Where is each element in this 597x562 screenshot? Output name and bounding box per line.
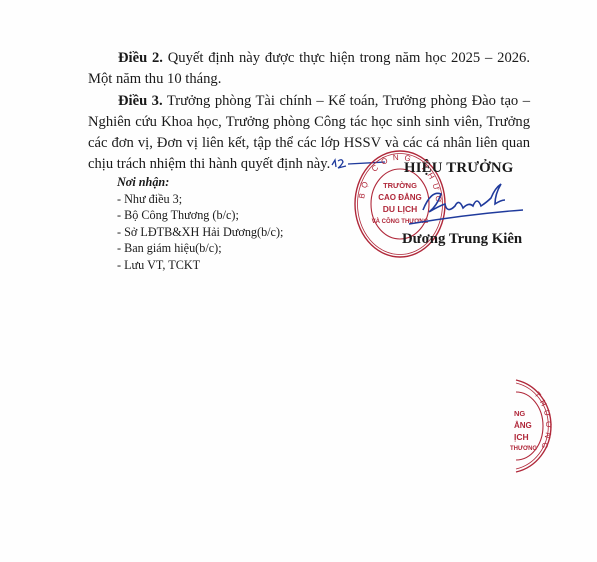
handwritten-signature-icon bbox=[405, 180, 525, 230]
recipients-title: Nơi nhận: bbox=[117, 174, 283, 191]
recipient-item: - Lưu VT, TCKT bbox=[117, 257, 283, 274]
partial-stamp-icon: THƯƠNG NG ẲNG ỊCH THƯƠNG bbox=[508, 376, 597, 476]
recipient-item: - Như điều 3; bbox=[117, 191, 283, 208]
recipient-item: - Ban giám hiệu(b/c); bbox=[117, 240, 283, 257]
signer-name: Dương Trung Kiên bbox=[402, 231, 522, 248]
article-2: Điều 2. Quyết định này được thực hiện tr… bbox=[88, 48, 530, 90]
svg-text:ỊCH: ỊCH bbox=[514, 432, 529, 442]
recipient-item: - Sở LĐTB&XH Hải Dương(b/c); bbox=[117, 224, 283, 241]
svg-text:ẲNG: ẲNG bbox=[514, 421, 532, 430]
svg-text:THƯƠNG: THƯƠNG bbox=[510, 446, 537, 452]
recipients-list: Nơi nhận: - Như điều 3; - Bộ Công Thương… bbox=[117, 174, 283, 274]
signer-title: HIỆU TRƯỞNG bbox=[404, 160, 514, 177]
recipient-item: - Bộ Công Thương (b/c); bbox=[117, 207, 283, 224]
article-3-label: Điều 3. bbox=[118, 93, 163, 109]
document-page: Điều 2. Quyết định này được thực hiện tr… bbox=[0, 0, 597, 562]
svg-text:NG: NG bbox=[514, 409, 525, 418]
article-2-label: Điều 2. bbox=[118, 50, 163, 66]
